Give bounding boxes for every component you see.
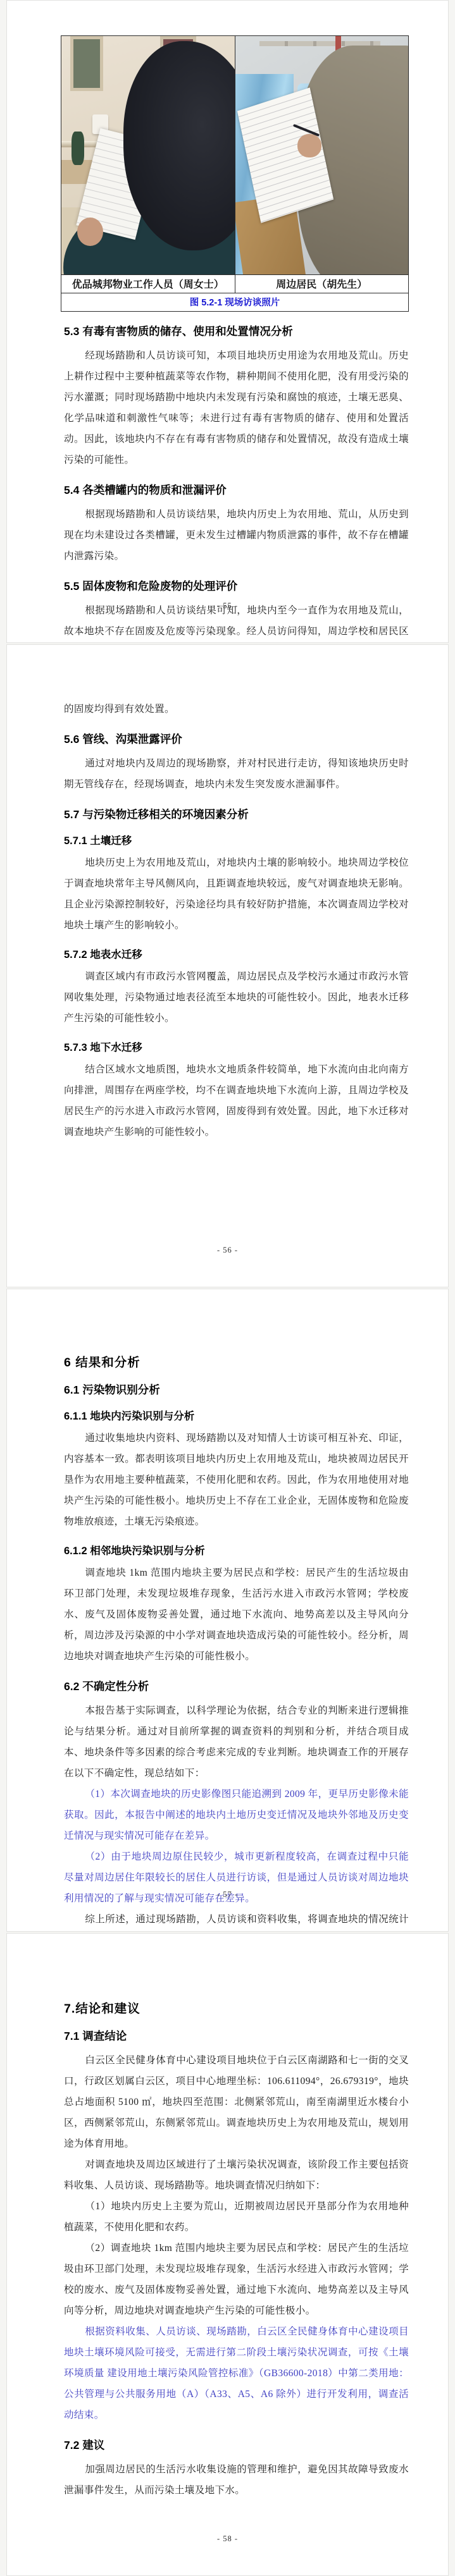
interview-photo-property-staff bbox=[61, 36, 235, 274]
section-heading-3: 5.7.2 地表水迁移 bbox=[64, 946, 409, 961]
paragraph: 通过收集地块内资料、现场踏勘以及对知情人士访谈可相互补充、印证，内容基本一致。都… bbox=[64, 1428, 409, 1532]
paragraph: （2）调查地块 1km 范围内地块主要为居民点和学校：居民产生的生活垃圾由环卫部… bbox=[64, 2238, 409, 2321]
page-number: - 55 - bbox=[7, 601, 448, 611]
paragraph: （1）地块内历史上主要为荒山，近期被周边居民开垦部分作为农用地种植蔬菜，不使用化… bbox=[64, 2196, 409, 2238]
page-56: 的固废均得到有效处置。5.6 管线、沟渠泄露评价通过对地块内及周边的现场勘察，并… bbox=[6, 644, 449, 1287]
page-57: 6 结果和分析6.1 污染物识别分析6.1.1 地块内污染识别与分析通过收集地块… bbox=[6, 1289, 449, 1932]
figure-caption-row: 优品城邦物业工作人员（周女士） 周边居民（胡先生） bbox=[61, 274, 408, 293]
hand-shape bbox=[297, 134, 321, 158]
paragraph: 白云区全民健身体育中心建设项目地块位于白云区南湖路和七一街的交叉口，行政区划属白… bbox=[64, 2050, 409, 2154]
section-heading-1: 6 结果和分析 bbox=[64, 1352, 409, 1370]
paragraph: 根据现场踏勘和人员访谈结果，地块内历史上为农用地、荒山，从历史到现在均未建设过各… bbox=[64, 504, 409, 567]
picture-frame-icon bbox=[70, 36, 103, 91]
paragraph: 通过对地块内及周边的现场勘察，并对村民进行走访，得知该地块历史时期无管线存在，经… bbox=[64, 753, 409, 795]
section-heading-3: 6.1.2 相邻地块污染识别与分析 bbox=[64, 1542, 409, 1557]
section-heading-3: 5.7.1 土壤迁移 bbox=[64, 832, 409, 847]
paragraph: 经现场踏勘和人员访谈可知，本项目地块历史用途为农用地及荒山。历史上耕作过程中主要… bbox=[64, 345, 409, 470]
section-heading-1: 7.结论和建议 bbox=[64, 1999, 409, 2016]
paragraph: 调查区域内有市政污水管网覆盖，周边居民点及学校污水通过市政污水管网收集处理，污染… bbox=[64, 966, 409, 1029]
page-content: 6 结果和分析6.1 污染物识别分析6.1.1 地块内污染识别与分析通过收集地块… bbox=[7, 1289, 448, 1932]
page-content: 5.3 有毒有害物质的储存、使用和处置情况分析经现场踏勘和人员访谈可知，本项目地… bbox=[7, 323, 448, 643]
section-heading-3: 5.7.3 地下水迁移 bbox=[64, 1039, 409, 1054]
figure-5-2-1: 优品城邦物业工作人员（周女士） 周边居民（胡先生） 图 5.2-1 现场访谈照片 bbox=[61, 35, 409, 312]
page-content: 7.结论和建议7.1 调查结论白云区全民健身体育中心建设项目地块位于白云区南湖路… bbox=[7, 1934, 448, 2501]
paragraph-highlight: （2）由于地块周边原住民较少，城市更新程度较高，在调查过程中只能尽量对周边居住年… bbox=[64, 1846, 409, 1909]
page-number: - 58 - bbox=[7, 2534, 448, 2544]
paragraph: 调查地块 1km 范围内地块主要为居民点和学校：居民产生的生活垃圾由环卫部门处理… bbox=[64, 1562, 409, 1667]
paragraph: 加强周边居民的生活污水收集设施的管理和维护，避免因其故障导致废水泄漏事件发生，从… bbox=[64, 2459, 409, 2501]
section-heading-3: 6.1.1 地块内污染识别与分析 bbox=[64, 1408, 409, 1423]
section-heading-2: 6.1 污染物识别分析 bbox=[64, 1382, 409, 1397]
paragraph: 本报告基于实际调查，以科学理论为依据，结合专业的判断来进行逻辑推论与结果分析。通… bbox=[64, 1700, 409, 1784]
section-heading-2: 5.3 有毒有害物质的储存、使用和处置情况分析 bbox=[64, 323, 409, 339]
interview-photo-resident bbox=[235, 36, 409, 274]
page-number: - 56 - bbox=[7, 1246, 448, 1255]
figure-label: 图 5.2-1 现场访谈照片 bbox=[61, 293, 408, 311]
section-heading-2: 7.1 调查结论 bbox=[64, 2028, 409, 2044]
paragraph-continuation: 的固废均得到有效处置。 bbox=[64, 699, 409, 720]
paragraph: 对调查地块及周边区域进行了土壤污染状况调查，该阶段工作主要包括资料收集、人员访谈… bbox=[64, 2154, 409, 2196]
section-heading-2: 5.6 管线、沟渠泄露评价 bbox=[64, 731, 409, 747]
paragraph-highlight: （1）本次调查地块的历史影像图只能追溯到 2009 年，更早历史影像未能获取。因… bbox=[64, 1784, 409, 1846]
paragraph: 地块历史上为农用地及荒山，对地块内土壤的影响较小。地块周边学校位于调查地块常年主… bbox=[64, 852, 409, 936]
figure-photo-row bbox=[61, 36, 408, 274]
section-heading-2: 5.4 各类槽罐内的物质和泄漏评价 bbox=[64, 482, 409, 498]
section-heading-2: 5.7 与污染物迁移相关的环境因素分析 bbox=[64, 806, 409, 822]
page-58: 7.结论和建议7.1 调查结论白云区全民健身体育中心建设项目地块位于白云区南湖路… bbox=[6, 1933, 449, 2576]
page-number: - 57 - bbox=[7, 1890, 448, 1899]
section-heading-2: 6.2 不确定性分析 bbox=[64, 1678, 409, 1694]
photo-caption-left: 优品城邦物业工作人员（周女士） bbox=[61, 275, 235, 293]
section-heading-2: 7.2 建议 bbox=[64, 2437, 409, 2453]
paragraph: 结合区域水文地质图，地块水文地质条件较简单，地下水流向由北向南方向排泄，周围存在… bbox=[64, 1059, 409, 1143]
paragraph: 综上所述，通过现场踏勘，人员访谈和资料收集，将调查地块的情况统计分析后可得出地块… bbox=[64, 1909, 409, 1932]
bottle-shape bbox=[72, 132, 84, 165]
paragraph-highlight: 根据资料收集、人员访谈、现场踏勘，白云区全民健身体育中心建设项目地块土壤环境风险… bbox=[64, 2321, 409, 2426]
page-55: 优品城邦物业工作人员（周女士） 周边居民（胡先生） 图 5.2-1 现场访谈照片… bbox=[6, 0, 449, 643]
page-content: 的固废均得到有效处置。5.6 管线、沟渠泄露评价通过对地块内及周边的现场勘察，并… bbox=[7, 645, 448, 1143]
photo-caption-right: 周边居民（胡先生） bbox=[235, 275, 409, 293]
hand-shape bbox=[77, 218, 103, 246]
document-scroll: 优品城邦物业工作人员（周女士） 周边居民（胡先生） 图 5.2-1 现场访谈照片… bbox=[0, 0, 455, 2576]
section-heading-2: 5.5 固体废物和危险废物的处理评价 bbox=[64, 578, 409, 594]
